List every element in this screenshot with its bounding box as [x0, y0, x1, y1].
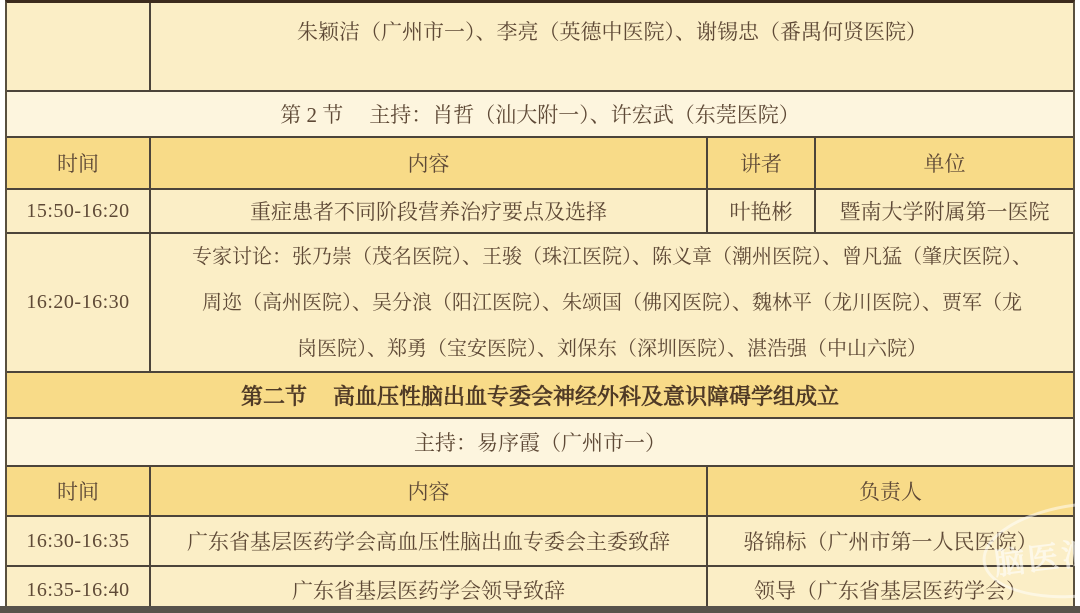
discussion-line-3: 岗医院）、郑勇（宝安医院）、刘保东（深圳医院）、湛浩强（中山六院） — [151, 326, 1073, 372]
row-time: 16:20-16:30 — [7, 234, 149, 371]
agenda-page: 朱颖洁（广州市一）、李亮（英德中医院）、谢锡忠（番禺何贤医院） 第 2 节 主持… — [0, 0, 1080, 613]
section2-title-cell: 第二节 高血压性脑出血专委会神经外科及意识障碍学组成立 — [7, 373, 1073, 417]
session2-hosts: 主持：肖哲（汕大附一）、许宏武（东莞医院） — [369, 99, 800, 129]
row-org: 暨南大学附属第一医院 — [814, 190, 1073, 232]
table-row: 15:50-16:20 重症患者不同阶段营养治疗要点及选择 叶艳彬 暨南大学附属… — [7, 190, 1073, 234]
header-time: 时间 — [7, 138, 149, 188]
header-content: 内容 — [149, 138, 706, 188]
section2-title-text: 高血压性脑出血专委会神经外科及意识障碍学组成立 — [333, 380, 839, 411]
section2-hosts: 主持：易序霞（广州市一） — [7, 419, 1073, 465]
table-header-row-2: 时间 内容 负责人 — [7, 467, 1073, 517]
session2-band: 第 2 节 主持：肖哲（汕大附一）、许宏武（东莞医院） — [7, 92, 1073, 138]
row-discussion-content: 专家讨论：张乃崇（茂名医院）、王骏（珠江医院）、陈义章（潮州医院）、曾凡猛（肇庆… — [149, 234, 1073, 371]
header-content: 内容 — [149, 467, 706, 515]
row-speaker: 叶艳彬 — [706, 190, 814, 232]
table-row-carryover: 朱颖洁（广州市一）、李亮（英德中医院）、谢锡忠（番禺何贤医院） — [7, 3, 1073, 92]
section2-hosts-band: 主持：易序霞（广州市一） — [7, 419, 1073, 467]
row-time: 15:50-16:20 — [7, 190, 149, 232]
row-owner: 骆锦标（广州市第一人民医院） — [706, 517, 1073, 565]
table-header-row-1: 时间 内容 讲者 单位 — [7, 138, 1073, 190]
header-time: 时间 — [7, 467, 149, 515]
header-org: 单位 — [814, 138, 1073, 188]
agenda-table: 朱颖洁（广州市一）、李亮（英德中医院）、谢锡忠（番禺何贤医院） 第 2 节 主持… — [5, 0, 1075, 613]
session2-band-cell: 第 2 节 主持：肖哲（汕大附一）、许宏武（东莞医院） — [7, 92, 1073, 136]
section2-title-label: 第二节 — [241, 380, 307, 411]
table-row-discussion: 16:20-16:30 专家讨论：张乃崇（茂名医院）、王骏（珠江医院）、陈义章（… — [7, 234, 1073, 373]
section2-title-band: 第二节 高血压性脑出血专委会神经外科及意识障碍学组成立 — [7, 373, 1073, 419]
session2-label: 第 2 节 — [280, 99, 343, 129]
bottom-crop-strip — [0, 606, 1080, 613]
carryover-time-cell-empty — [7, 3, 149, 90]
row-time: 16:30-16:35 — [7, 517, 149, 565]
row-content: 广东省基层医药学会高血压性脑出血专委会主委致辞 — [149, 517, 706, 565]
table-row: 16:30-16:35 广东省基层医药学会高血压性脑出血专委会主委致辞 骆锦标（… — [7, 517, 1073, 567]
discussion-line-2: 周迩（高州医院）、吴分浪（阳江医院）、朱颂国（佛冈医院）、魏林平（龙川医院）、贾… — [151, 280, 1073, 326]
carryover-content-cell: 朱颖洁（广州市一）、李亮（英德中医院）、谢锡忠（番禺何贤医院） — [149, 3, 1073, 90]
header-speaker: 讲者 — [706, 138, 814, 188]
discussion-line-1: 专家讨论：张乃崇（茂名医院）、王骏（珠江医院）、陈义章（潮州医院）、曾凡猛（肇庆… — [151, 234, 1073, 280]
header-owner: 负责人 — [706, 467, 1073, 515]
row-content: 重症患者不同阶段营养治疗要点及选择 — [149, 190, 706, 232]
